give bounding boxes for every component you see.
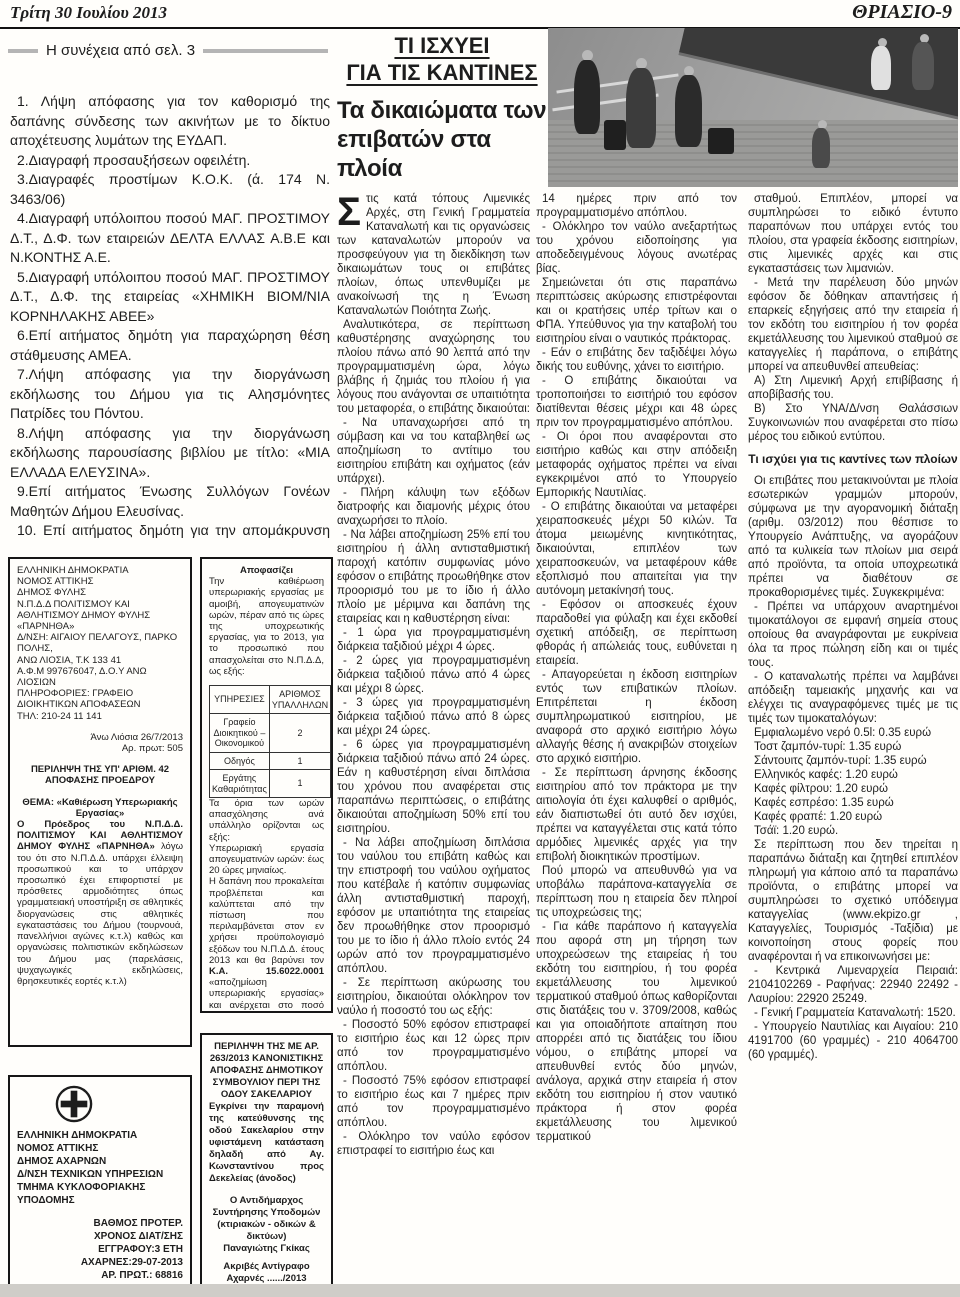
letterhead-line: Δ/ΝΣΗ ΤΕΧΝΙΚΩΝ ΥΠΗΡΕΣΙΩΝ bbox=[17, 1168, 183, 1181]
letterhead-line: ΕΛΛΗΝΙΚΗ ΔΗΜΟΚΡΑΤΙΑ bbox=[17, 565, 183, 576]
column-paragraphs: Οι επιβάτες που μετακινούνται με πλοία ε… bbox=[748, 474, 958, 1062]
agenda-list: 1. Λήψη απόφασης για τον καθορισμό της δ… bbox=[10, 92, 330, 542]
photo-passenger bbox=[626, 68, 656, 148]
article-paragraph: Α) Στη Λιμενική Αρχή επιβίβασης ή αποβίβ… bbox=[748, 374, 958, 402]
letterhead-line: Α.Φ.Μ 997676047, Δ.Ο.Υ ΑΝΩ ΛΙΟΣΙΩΝ bbox=[17, 666, 183, 688]
lead-text: τις κατά τόπους Λιμενικές Αρχές, στη Γεν… bbox=[337, 193, 530, 317]
letterhead-line: Δ/ΝΣΗ: ΑΙΓΑΙΟΥ ΠΕΛΑΓΟΥΣ, ΠΑΡΚΟ ΠΟΛΗΣ, bbox=[17, 632, 183, 654]
agenda-item: 7.Λήψη απόφασης για την διοργάνωση εκδήλ… bbox=[10, 365, 330, 424]
column-paragraphs: 14 ημέρες πριν από τον προγραμματισμένο … bbox=[536, 192, 737, 1144]
table-cell: 1 bbox=[269, 770, 330, 798]
article-paragraph: Οι επιβάτες που μετακινούνται με πλοία ε… bbox=[748, 474, 958, 600]
article-paragraph: - Μετά την παρέλευση δύο μηνών εφόσον δε… bbox=[748, 276, 958, 374]
article-paragraph: - Για κάθε παράπονο ή καταγγελία που αφο… bbox=[536, 920, 737, 1144]
agenda-item: 2.Διαγραφή προσαυξήσεων οφειλέτη. bbox=[10, 151, 330, 171]
table-cell: Εργάτης Καθαριότητας bbox=[210, 770, 270, 798]
kicker-line: ΤΙ ΙΣΧΥΕΙ bbox=[337, 32, 547, 59]
limits-text: Υπερωριακή εργασία απογευματινών ωρών: έ… bbox=[209, 843, 324, 877]
meta-line: ΑΡ. ΠΡΩΤ.: 68816 bbox=[17, 1269, 183, 1282]
article-paragraph: - Κεντρικά Λιμεναρχεία Πειραιά: 21041022… bbox=[748, 964, 958, 1006]
notice-summary-title: ΠΕΡΙΛΗΨΗ ΤΗΣ ΜΕ ΑΡ. 263/2013 ΚΑΝΟΝΙΣΤΙΚΗ… bbox=[209, 1041, 324, 1101]
agenda-item: 4.Διαγραφή υπόλοιπου ποσού ΜΑΓ. ΠΡΟΣΤΙΜΟ… bbox=[10, 209, 330, 268]
article-paragraph: Πού μπορώ να απευθυνθώ για να υποβάλω πα… bbox=[536, 864, 737, 920]
article-paragraph: - Να λάβει αποζημίωση 25% επί του εισιτη… bbox=[337, 528, 530, 626]
photo-passenger bbox=[675, 75, 702, 147]
notice-protocol-number: Αρ. πρωτ: 505 bbox=[17, 743, 183, 754]
article-paragraph: Αναλυτικότερα, σε περίπτωση καθυστέρησης… bbox=[337, 318, 530, 416]
article-paragraph: Β) Στο ΥΝΑ/Δ/νση Θαλάσσιων Συγκοινωνιών … bbox=[748, 402, 958, 444]
meta-line: ΒΑΘΜΟΣ ΠΡΟΤΕΡ. bbox=[17, 1217, 183, 1230]
article-column-1: Στις κατά τόπους Λιμενικές Αρχές, στη Γε… bbox=[337, 192, 530, 1284]
notice-fyli-decision-box: Αποφασίζει Την καθιέρωση υπερωριακής εργ… bbox=[200, 557, 333, 1013]
article-paragraph: - Εάν ο επιβάτης δεν ταξιδέψει λόγω δική… bbox=[536, 346, 737, 374]
article-paragraph: - Να λάβει αποζημίωση διπλάσια του ναύλο… bbox=[337, 836, 530, 976]
notice-summary-title: ΠΕΡΙΛΗΨΗ ΤΗΣ ΥΠ' ΑΡΙΘΜ. 42 ΑΠΟΦΑΣΗΣ ΠΡΟΕ… bbox=[17, 764, 183, 786]
article-paragraph: - Να υπαναχωρήσει από τη σύμβαση και να … bbox=[337, 416, 530, 486]
letterhead-line: ΕΛΛΗΝΙΚΗ ΔΗΜΟΚΡΑΤΙΑ bbox=[17, 1129, 183, 1142]
article-paragraph: - Ο επιβάτης δικαιούται να μεταφέρει χει… bbox=[536, 500, 737, 598]
article-column-2: 14 ημέρες πριν από τον προγραμματισμένο … bbox=[536, 192, 737, 1284]
table-row: Εργάτης Καθαριότητας 1 bbox=[210, 770, 331, 798]
agenda-item: 6.Επί αιτήματος δημότη για παραχώρηση θέ… bbox=[10, 326, 330, 365]
article-paragraph: Καφές εσπρέσο: 1.35 ευρώ bbox=[748, 796, 958, 810]
article-paragraph: - Πλήρη κάλυψη των εξόδων διατροφής και … bbox=[337, 486, 530, 528]
article-kicker: ΤΙ ΙΣΧΥΕΙ ΓΙΑ ΤΙΣ ΚΑΝΤΙΝΕΣ bbox=[337, 32, 547, 86]
article-paragraph: - Ολόκληρο τον ναύλο εφόσον επιστραφεί τ… bbox=[337, 1130, 530, 1158]
article-paragraph: - Πρέπει να υπάρχουν αναρτημένοι τιμοκατ… bbox=[748, 600, 958, 670]
signature-line: (κτιριακών - οδικών & δικτύων) bbox=[209, 1219, 324, 1243]
article-paragraph: - Υπουργείο Ναυτιλίας και Αιγαίου: 210 4… bbox=[748, 1020, 958, 1062]
canteen-subheading: Τι ισχύει για τις καντίνες των πλοίων bbox=[748, 452, 958, 466]
article-paragraph: - Ολόκληρο τον ναύλο ανεξαρτήτως του χρό… bbox=[536, 220, 737, 276]
table-cell: Γραφείο Διοικητικού – Οικονομικού bbox=[210, 714, 270, 753]
notice-meta-lines: ΒΑΘΜΟΣ ΠΡΟΤΕΡ.ΧΡΟΝΟΣ ΔΙΑΤ/ΣΗΣΕΓΓΡΑΦΟΥ:3 … bbox=[17, 1217, 183, 1282]
lead-paragraph: Στις κατά τόπους Λιμενικές Αρχές, στη Γε… bbox=[337, 192, 530, 318]
table-header-services: ΥΠΗΡΕΣΙΕΣ bbox=[210, 686, 270, 714]
table-header-employee-count: ΑΡΙΘΜΟΣ ΥΠΑΛΛΗΛΩΝ bbox=[269, 686, 330, 714]
table-cell: 2 bbox=[269, 714, 330, 753]
meta-line: ΑΧΑΡΝΕΣ:29-07-2013 bbox=[17, 1256, 183, 1269]
letterhead-line: ΔΗΜΟΣ ΑΧΑΡΝΩΝ bbox=[17, 1155, 183, 1168]
agenda-item: 5.Διαγραφή υπόλοιπου ποσού ΜΑΓ. ΠΡΟΣΤΙΜΟ… bbox=[10, 268, 330, 327]
notice-fyli-letterhead-box: ΕΛΛΗΝΙΚΗ ΔΗΜΟΚΡΑΤΙΑΝΟΜΟΣ ΑΤΤΙΚΗΣΔΗΜΟΣ ΦΥ… bbox=[8, 557, 192, 1047]
letterhead-lines: ΕΛΛΗΝΙΚΗ ΔΗΜΟΚΡΑΤΙΑΝΟΜΟΣ ΑΤΤΙΚΗΣΔΗΜΟΣ ΦΥ… bbox=[17, 565, 183, 722]
letterhead-line: ΤΗΛ: 210-24 11 141 bbox=[17, 711, 183, 722]
article-paragraph: Τοστ ζαμπόν-τυρί: 1.35 ευρώ bbox=[748, 740, 958, 754]
article-photo bbox=[548, 28, 958, 187]
article-paragraph: - Ποσοστό 75% εφόσον επιστραφεί το εισιτ… bbox=[337, 1074, 530, 1130]
greek-coat-of-arms-icon bbox=[55, 1085, 93, 1123]
article-paragraph: 14 ημέρες πριν από τον προγραμματισμένο … bbox=[536, 192, 737, 220]
article-paragraph: Εμφιαλωμένο νερό 0.5l: 0.35 ευρώ bbox=[748, 726, 958, 740]
article-paragraph: Καφές φίλτρου: 1.20 ευρώ bbox=[748, 782, 958, 796]
article-paragraph: - Ποσοστό 50% εφόσον επιστραφεί το εισιτ… bbox=[337, 1018, 530, 1074]
article-paragraph: - Εφόσον οι αποσκευές έχουν παραδοθεί γι… bbox=[536, 598, 737, 668]
article-paragraph: - 6 ώρες για προγραμματισμένη διάρκεια τ… bbox=[337, 738, 530, 836]
article-paragraph: - Γενική Γραμματεία Καταναλωτή: 1520. bbox=[748, 1006, 958, 1020]
letterhead-lines: ΕΛΛΗΝΙΚΗ ΔΗΜΟΚΡΑΤΙΑΝΟΜΟΣ ΑΤΤΙΚΗΣΔΗΜΟΣ ΑΧ… bbox=[17, 1129, 183, 1207]
letterhead-line: ΝΟΜΟΣ ΑΤΤΙΚΗΣ bbox=[17, 1142, 183, 1155]
copy-certification-lines: Ακριβές ΑντίγραφοΑχαρνές ....../2013 bbox=[209, 1261, 324, 1285]
table-cell: Οδηγός bbox=[210, 752, 270, 770]
table-cell: 1 bbox=[269, 752, 330, 770]
notice-body-rest: λόγω του ότι στο Ν.Π.Δ.Δ. υπάρχει έλλειψ… bbox=[17, 841, 183, 986]
page-bottom-edge bbox=[0, 1284, 960, 1297]
article-paragraph: - Σε περίπτωση άρνησης έκδοσης εισιτηρίο… bbox=[536, 766, 737, 864]
column-paragraphs: Αναλυτικότερα, σε περίπτωση καθυστέρησης… bbox=[337, 318, 530, 1158]
article-paragraph: - Ο καταναλωτής πρέπει να λαμβάνει απόδε… bbox=[748, 670, 958, 726]
drop-cap: Σ bbox=[337, 192, 366, 230]
article-paragraph: - Ο επιβάτης δικαιούται να τροποποιήσει … bbox=[536, 374, 737, 430]
agenda-item: 10. Επί αιτήματος δημότη για την απομάκρ… bbox=[10, 521, 330, 542]
copy-line: Ακριβές Αντίγραφο bbox=[209, 1261, 324, 1273]
newspaper-page: { "colors": { "ink": "#1d1d1d", "paper":… bbox=[0, 0, 960, 1297]
article-paragraph: - Απαγορεύεται η έκδοση εισιτηρίων εντός… bbox=[536, 668, 737, 766]
funding-pre: Η δαπάνη που προκαλείται προβλέπεται και… bbox=[209, 876, 324, 965]
continuation-label: Η συνέχεια από σελ. 3 bbox=[46, 42, 195, 59]
letterhead-line: ΔΗΜΟΣ ΦΥΛΗΣ bbox=[17, 587, 183, 598]
signature-line: Παναγιώτης Γκίκας bbox=[209, 1243, 324, 1255]
decision-heading: Αποφασίζει bbox=[209, 565, 324, 576]
signature-line: Συντήρησης Υποδομών bbox=[209, 1207, 324, 1219]
divider-dash-right bbox=[203, 49, 328, 53]
letterhead-line: ΝΟΜΟΣ ΑΤΤΙΚΗΣ bbox=[17, 576, 183, 587]
agenda-item: 3.Διαγραφές προστίμων Κ.Ο.Κ. (ά. 174 Ν. … bbox=[10, 170, 330, 209]
table-row: Οδηγός 1 bbox=[210, 752, 331, 770]
column-paragraphs: σταθμού. Επιπλέον, μπορεί να συμπληρώσει… bbox=[748, 192, 958, 444]
article-paragraph: - 2 ώρες για προγραμματισμένη διάρκεια τ… bbox=[337, 654, 530, 696]
photo-child bbox=[812, 128, 830, 168]
article-headline: Τα δικαιώματα των επιβατών στα πλοία bbox=[337, 96, 547, 183]
funding-post: «αποζημίωση υπερωριακής εργασίας» και αν… bbox=[209, 977, 324, 1013]
notice-body: Ο Πρόεδρος του Ν.Π.Δ.Δ. ΠΟΛΙΤΙΣΜΟΥ ΚΑΙ Α… bbox=[17, 819, 183, 987]
kicker-line: ΓΙΑ ΤΙΣ ΚΑΝΤΙΝΕΣ bbox=[337, 59, 547, 86]
article-paragraph: Σημειώνεται ότι στις παραπάνω περιπτώσει… bbox=[536, 276, 737, 346]
photo-luggage bbox=[708, 128, 734, 154]
letterhead-line: ΑΝΩ ΛΙΟΣΙΑ, Τ.Κ 133 41 bbox=[17, 655, 183, 666]
article-paragraph: - Οι όροι που αναφέρονται στο εισιτήριο … bbox=[536, 430, 737, 500]
article-paragraph: Τσάϊ: 1.20 ευρώ. bbox=[748, 824, 958, 838]
agenda-item: 8.Λήψη απόφασης για την διοργάνωση εκδήλ… bbox=[10, 424, 330, 483]
photo-luggage bbox=[604, 120, 626, 150]
letterhead-line: Ν.Π.Δ.Δ ΠΟΛΙΤΙΣΜΟΥ ΚΑΙ ΑΘΛΗΤΙΣΜΟΥ ΔΗΜΟΥ … bbox=[17, 599, 183, 633]
decision-intro: Την καθιέρωση υπερωριακής εργασίας με αμ… bbox=[209, 576, 324, 677]
article-paragraph: - Σε περίπτωση ακύρωσης του εισιτηρίου, … bbox=[337, 976, 530, 1018]
agenda-item: 1. Λήψη απόφασης για τον καθορισμό της δ… bbox=[10, 92, 330, 151]
page-date: Τρίτη 30 Ιουλίου 2013 bbox=[10, 3, 167, 23]
funding-text: Η δαπάνη που προκαλείται προβλέπεται και… bbox=[209, 876, 324, 1013]
table-row: Γραφείο Διοικητικού – Οικονομικού 2 bbox=[210, 714, 331, 753]
article-paragraph: - 1 ώρα για προγραμματισμένη διάρκεια τα… bbox=[337, 626, 530, 654]
table-header-row: ΥΠΗΡΕΣΙΕΣ ΑΡΙΘΜΟΣ ΥΠΑΛΛΗΛΩΝ bbox=[210, 686, 331, 714]
letterhead-line: ΤΜΗΜΑ ΚΥΚΛΟΦΟΡΙΑΚΗΣ ΥΠΟΔΟΜΗΣ bbox=[17, 1181, 183, 1207]
continuation-header: Η συνέχεια από σελ. 3 bbox=[8, 42, 328, 59]
funding-code: Κ.Α. 15.6022.0001 bbox=[209, 966, 324, 977]
notice-sakelariou-box: ΠΕΡΙΛΗΨΗ ΤΗΣ ΜΕ ΑΡ. 263/2013 ΚΑΝΟΝΙΣΤΙΚΗ… bbox=[200, 1033, 333, 1289]
notice-dateline: Άνω Λιόσια 26/7/2013 bbox=[17, 732, 183, 743]
signature-line: Ο Αντιδήμαρχος bbox=[209, 1195, 324, 1207]
notice-subject: ΘΕΜΑ: «Καθιέρωση Υπερωριακής Εργασίας» bbox=[17, 797, 183, 819]
meta-line: ΧΡΟΝΟΣ ΔΙΑΤ/ΣΗΣ bbox=[17, 1230, 183, 1243]
article-paragraph: - 3 ώρες για προγραμματισμένη διάρκεια τ… bbox=[337, 696, 530, 738]
photo-passenger bbox=[871, 46, 891, 90]
photo-passenger bbox=[912, 42, 934, 90]
article-paragraph: Σε περίπτωση που δεν τηρείται η παραπάνω… bbox=[748, 838, 958, 964]
notice-body: Εγκρίνει την παραμονή της κατεύθυνσης τη… bbox=[209, 1101, 324, 1185]
article-paragraph: Σάντουιτς ζαμπόν-τυρί: 1.35 ευρώ bbox=[748, 754, 958, 768]
photo-passenger bbox=[574, 60, 600, 134]
divider-dash-left bbox=[8, 49, 38, 53]
article-paragraph: Καφές φραπέ: 1.20 ευρώ bbox=[748, 810, 958, 824]
article-paragraph: Ελληνικός καφές: 1.20 ευρώ bbox=[748, 768, 958, 782]
article-column-3: σταθμού. Επιπλέον, μπορεί να συμπληρώσει… bbox=[748, 192, 958, 1284]
meta-line: ΕΓΓΡΑΦΟΥ:3 ΕΤΗ bbox=[17, 1243, 183, 1256]
notice-acharnes-letterhead-box: ΕΛΛΗΝΙΚΗ ΔΗΜΟΚΡΑΤΙΑΝΟΜΟΣ ΑΤΤΙΚΗΣΔΗΜΟΣ ΑΧ… bbox=[8, 1075, 192, 1293]
limits-intro: Τα όρια των ωρών απασχόλησης ανά υπάλληλ… bbox=[209, 798, 324, 843]
letterhead-line: ΠΛΗΡΟΦΟΡΙΕΣ: ΓΡΑΦΕΙΟ ΔΙΟΙΚΗΤΙΚΩΝ ΑΠΟΦΑΣΕ… bbox=[17, 688, 183, 710]
article-paragraph: σταθμού. Επιπλέον, μπορεί να συμπληρώσει… bbox=[748, 192, 958, 276]
overtime-table: ΥΠΗΡΕΣΙΕΣ ΑΡΙΘΜΟΣ ΥΠΑΛΛΗΛΩΝ Γραφείο Διοι… bbox=[209, 685, 331, 798]
signature-lines: Ο ΑντιδήμαρχοςΣυντήρησης Υποδομών(κτιρια… bbox=[209, 1195, 324, 1255]
agenda-item: 9.Επί αιτήματος Ένωσης Συλλόγων Γονέων Μ… bbox=[10, 482, 330, 521]
masthead-page-number: ΘΡΙΑΣΙΟ-9 bbox=[852, 1, 952, 24]
